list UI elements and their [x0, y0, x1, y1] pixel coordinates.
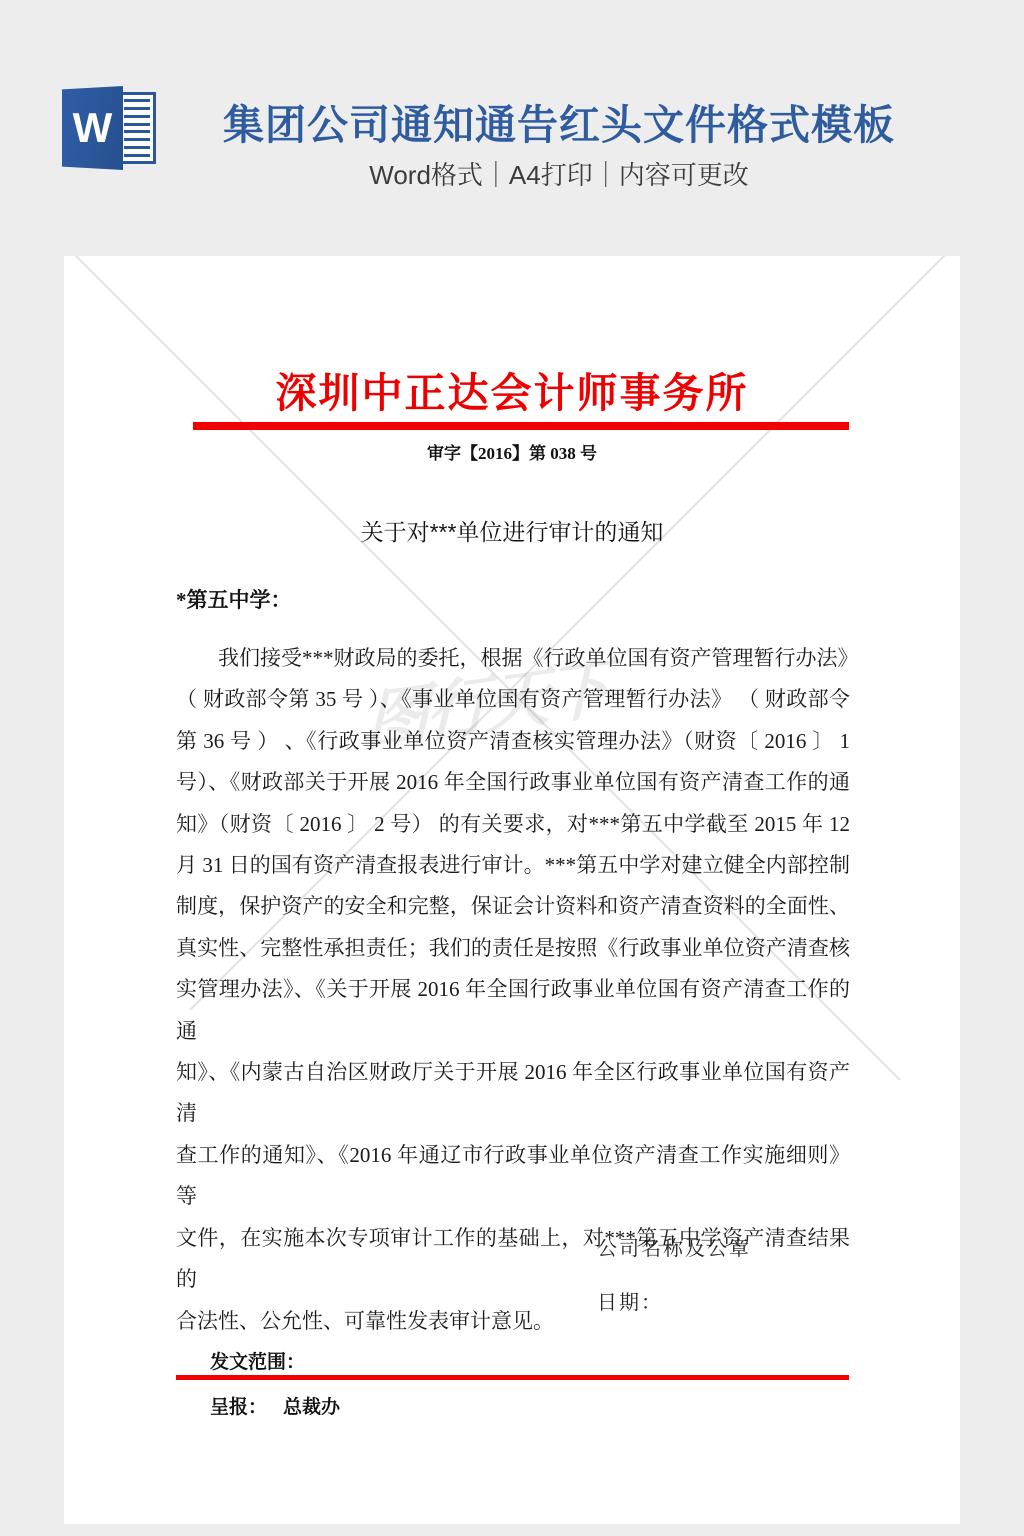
document-page: 图行天下 深圳中正达会计师事务所 审字【2016】第 038 号 关于对***单…	[64, 256, 960, 1524]
body-line: 查工作的通知》、《2016 年通辽市行政事业单位资产清查工作实施细则》等	[176, 1135, 850, 1218]
body-line: 知》（财资〔 2016 〕 2 号） 的有关要求，对***第五中学截至 2015…	[176, 804, 850, 845]
salutation: *第五中学：	[176, 584, 292, 614]
notice-title: 关于对***单位进行审计的通知	[64, 514, 960, 547]
template-header: W 集团公司通知通告红头文件格式模板 Word格式｜A4打印｜内容可更改	[0, 0, 1024, 256]
footer-red-rule	[176, 1375, 849, 1380]
body-line: 号）、《财政部关于开展 2016 年全国行政事业单位国有资产清查工作的通	[176, 762, 850, 803]
document-number: 审字【2016】第 038 号	[64, 439, 960, 464]
body-line: 月 31 日的国有资产清查报表进行审计。***第五中学对建立健全内部控制	[176, 845, 850, 886]
body-line: 我们接受***财政局的委托，根据《行政单位国有资产管理暂行办法》	[176, 638, 850, 679]
report-to-label: 呈报：	[210, 1397, 267, 1418]
report-to-value: 总裁办	[283, 1397, 340, 1418]
body-line: 真实性、完整性承担责任；我们的责任是按照《行政事业单位资产清查核	[176, 928, 850, 969]
letterhead-company-name: 深圳中正达会计师事务所	[64, 360, 960, 419]
body-line: 合法性、公允性、可靠性发表审计意见。	[176, 1301, 850, 1342]
body-line: 实管理办法》、《关于开展 2016 年全国行政事业单位国有资产清查工作的通	[176, 969, 850, 1052]
body-line: 制度，保护资产的安全和完整，保证会计资料和资产清查资料的全面性、	[176, 886, 850, 927]
signature-date-line: 日期：	[597, 1286, 663, 1315]
body-line: 知》、《内蒙古自治区财政厅关于开展 2016 年全区行政事业单位国有资产清	[176, 1052, 850, 1135]
report-to-line: 呈报：总裁办	[210, 1392, 340, 1419]
signature-company-line: 公司名称及公章	[597, 1232, 751, 1261]
template-preview-canvas: { "colors": { "canvas_bg": "#ededed", "a…	[0, 0, 1024, 1536]
letterhead-red-rule	[193, 422, 849, 430]
template-title: 集团公司通知通告红头文件格式模板	[0, 92, 1024, 151]
body-line: （ 财政部令第 35 号 ）、《事业单位国有资产管理暂行办法》 （ 财政部令	[176, 679, 850, 720]
template-subtitle: Word格式｜A4打印｜内容可更改	[0, 155, 1024, 192]
distribution-scope-label: 发文范围：	[210, 1347, 305, 1374]
body-line: 第 36 号 ） 、《行政事业单位资产清查核实管理办法》（财资〔 2016 〕 …	[176, 721, 850, 762]
